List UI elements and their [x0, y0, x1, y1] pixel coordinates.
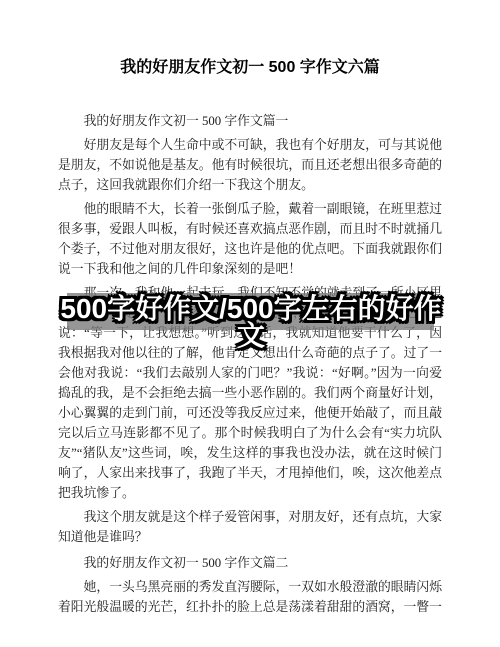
page-title: 我的好朋友作文初一 500 字作文六篇 [0, 0, 500, 79]
essay-paragraph: 我这个朋友就是这个样子爱管闲事，对朋友好，还有点坑，大家知道他是谁吗？ [58, 507, 442, 547]
document-page: 我的好朋友作文初一 500 字作文六篇 我的好朋友作文初一 500 字作文篇一 … [0, 0, 500, 647]
watermark-text: 500字好作文/500字左右的好作文 [52, 295, 450, 349]
essay-paragraph: 她，一头乌黑亮丽的秀发直泻腰际，一双如水般澄澈的眼睛闪烁着阳光般温暖的光芒，红扑… [58, 577, 442, 617]
essay-paragraph: 好朋友是每个人生命中或不可缺，我也有个好朋友，可与其说他是朋友，不如说他是基友。… [58, 135, 442, 195]
section-heading-essay-2: 我的好朋友作文初一 500 字作文篇二 [58, 553, 442, 573]
document-body: 我的好朋友作文初一 500 字作文篇一 好朋友是每个人生命中或不可缺，我也有个好… [0, 111, 500, 617]
essay-paragraph: 他的眼睛不大，长着一张倒瓜子脸，戴着一副眼镜，在班里惹过很多事，爱跟人叫板，有时… [58, 199, 442, 279]
section-heading-essay-1: 我的好朋友作文初一 500 字作文篇一 [58, 111, 442, 131]
watermark-banner: 500字好作文/500字左右的好作文 [67, 293, 434, 330]
